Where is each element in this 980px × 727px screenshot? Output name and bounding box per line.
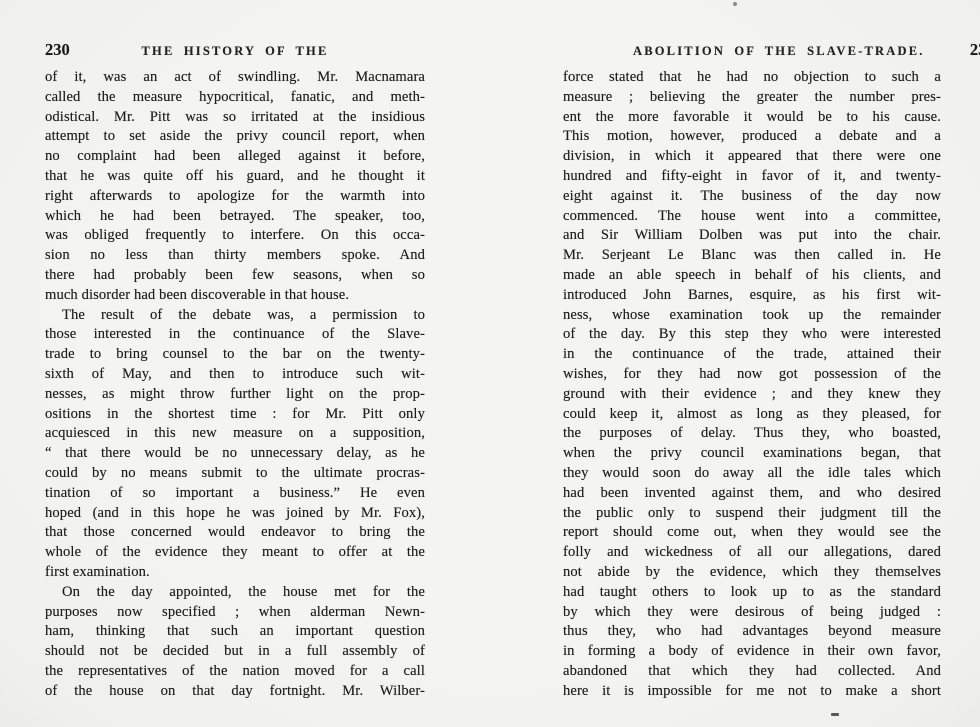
- text-line: This motion, however, produced a debate …: [563, 127, 941, 147]
- text-line: no complaint had been alleged against it…: [45, 147, 425, 167]
- text-line: made an able speech in behalf of his cli…: [563, 266, 941, 286]
- text-line: measure ; believing the greater the numb…: [563, 88, 941, 108]
- text-line: report should come out, when they would …: [563, 523, 941, 543]
- text-line: sion no less than thirty members spoke. …: [45, 246, 425, 266]
- text-line: ham, thinking that such an important que…: [45, 622, 425, 642]
- text-line: could by no means submit to the ultimate…: [45, 464, 425, 484]
- page-number-right: 231: [925, 40, 980, 60]
- text-line: attempt to set aside the privy council r…: [45, 127, 425, 147]
- text-line: in the continuance of the trade, attaine…: [563, 345, 941, 365]
- left-page-body: of it, was an act of swindling. Mr. Macn…: [45, 68, 425, 702]
- left-page: 230 THE HISTORY OF THE of it, was an act…: [45, 40, 425, 702]
- text-line: wishes, for they had now got possession …: [563, 365, 941, 385]
- text-line: and Sir William Dolben was put into the …: [563, 226, 941, 246]
- scan-artifact-speck: [733, 2, 737, 6]
- text-line: the representatives of the nation moved …: [45, 662, 425, 682]
- text-line: hundred and fifty-eight in favor of it, …: [563, 167, 941, 187]
- paragraph: force stated that he had no objection to…: [563, 68, 941, 702]
- text-line: which he had been betrayed. The speaker,…: [45, 207, 425, 227]
- running-head-right: ABOLITION OF THE SLAVE-TRADE. 231: [563, 40, 941, 62]
- text-line: of the day. By this step they who were i…: [563, 325, 941, 345]
- text-line: thus they, who had advantages beyond mea…: [563, 622, 941, 642]
- text-line: force stated that he had no objection to…: [563, 68, 941, 88]
- text-line: of it, was an act of swindling. Mr. Macn…: [45, 68, 425, 88]
- paragraph: On the day appointed, the house met for …: [45, 583, 425, 702]
- text-line: eight against it. The business of the da…: [563, 187, 941, 207]
- text-line: of the house on that day fortnight. Mr. …: [45, 682, 425, 702]
- text-line: odistical. Mr. Pitt was so irritated at …: [45, 108, 425, 128]
- right-page: ABOLITION OF THE SLAVE-TRADE. 231 force …: [563, 40, 941, 702]
- text-line: tination of so important a business.” He…: [45, 484, 425, 504]
- text-line: nesses, as might throw further light on …: [45, 385, 425, 405]
- right-page-body: force stated that he had no objection to…: [563, 68, 941, 702]
- text-line: those interested in the continuance of t…: [45, 325, 425, 345]
- text-line: folly and wickedness of all our allegati…: [563, 543, 941, 563]
- text-line: the purposes of delay. Thus they, who bo…: [563, 424, 941, 444]
- text-line: was obliged frequently to interfere. On …: [45, 226, 425, 246]
- paragraph: of it, was an act of swindling. Mr. Macn…: [45, 68, 425, 306]
- text-line: they would soon do away all the idle tal…: [563, 464, 941, 484]
- text-line: “ that there would be no unnecessary del…: [45, 444, 425, 464]
- text-line: by which they were desirous of being jud…: [563, 603, 941, 623]
- page-number-left: 230: [45, 40, 115, 60]
- text-line: division, in which it appeared that ther…: [563, 147, 941, 167]
- text-line: commenced. The house went into a committ…: [563, 207, 941, 227]
- text-line: that those concerned would endeavor to b…: [45, 523, 425, 543]
- running-head-left: 230 THE HISTORY OF THE: [45, 40, 425, 62]
- running-header-title-left: THE HISTORY OF THE: [115, 44, 355, 59]
- text-line: hoped (and in this hope he was joined by…: [45, 504, 425, 524]
- text-line: The result of the debate was, a permissi…: [45, 306, 425, 326]
- text-line: ent the more favorable it would be to hi…: [563, 108, 941, 128]
- text-line: ness, whose examination took up the rema…: [563, 306, 941, 326]
- text-line: should not be decided but in a full asse…: [45, 642, 425, 662]
- text-line: in forming a body of evidence in their o…: [563, 642, 941, 662]
- text-line: acquiesced in this new measure on a supp…: [45, 424, 425, 444]
- text-line: purposes now specified ; when alderman N…: [45, 603, 425, 623]
- text-line: right afterwards to apologize for the wa…: [45, 187, 425, 207]
- text-line: ground with their evidence ; and they kn…: [563, 385, 941, 405]
- text-line: whole of the evidence they meant to offe…: [45, 543, 425, 563]
- text-line: the public only to suspend their judgmen…: [563, 504, 941, 524]
- text-line: much disorder had been discoverable in t…: [45, 286, 425, 306]
- text-line: abandoned that which they had collected.…: [563, 662, 941, 682]
- text-line: trade to bring counsel to the bar on the…: [45, 345, 425, 365]
- text-line: when the privy council examinations bega…: [563, 444, 941, 464]
- text-line: ositions in the shortest time : for Mr. …: [45, 405, 425, 425]
- text-line: not abide by the evidence, which they th…: [563, 563, 941, 583]
- text-line: could keep it, almost as long as they pl…: [563, 405, 941, 425]
- text-line: called the measure hypocritical, fanatic…: [45, 88, 425, 108]
- text-line: there had probably been few seasons, whe…: [45, 266, 425, 286]
- text-line: sixth of May, and then to introduce such…: [45, 365, 425, 385]
- text-line: had taught others to look up to as the s…: [563, 583, 941, 603]
- text-line: introduced John Barnes, esquire, as his …: [563, 286, 941, 306]
- book-scan: 230 THE HISTORY OF THE of it, was an act…: [0, 0, 980, 727]
- text-line: first examination.: [45, 563, 425, 583]
- text-line: that he was quite off his guard, and he …: [45, 167, 425, 187]
- running-header-title-right: ABOLITION OF THE SLAVE-TRADE.: [633, 44, 925, 59]
- paragraph: The result of the debate was, a permissi…: [45, 306, 425, 583]
- text-line: here it is impossible for me not to make…: [563, 682, 941, 702]
- text-line: had been invented against them, and who …: [563, 484, 941, 504]
- text-line: On the day appointed, the house met for …: [45, 583, 425, 603]
- text-line: Mr. Serjeant Le Blanc was then called in…: [563, 246, 941, 266]
- scan-artifact-dash: [831, 713, 839, 716]
